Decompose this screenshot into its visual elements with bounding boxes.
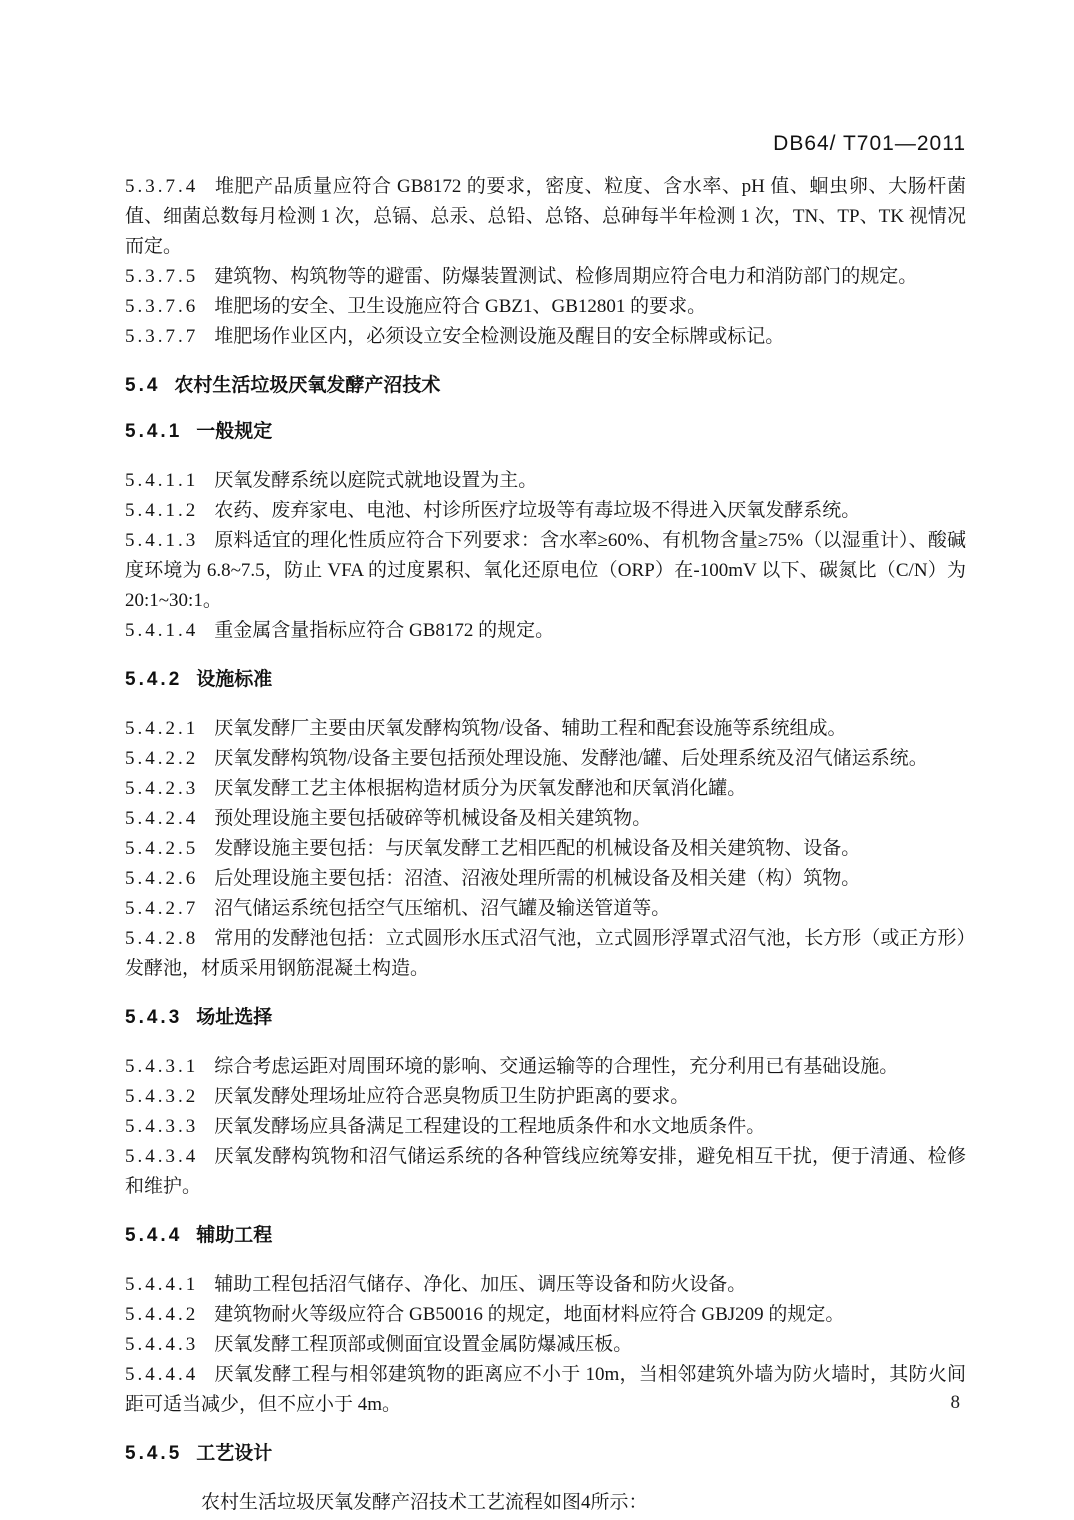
clause-number: 5.4.3.3 <box>125 1116 198 1137</box>
clause-number: 5.4.2.5 <box>125 838 198 859</box>
clause: 5.4.4.1辅助工程包括沼气储存、净化、加压、调压等设备和防火设备。 <box>125 1270 966 1300</box>
page-header: DB64/ T701—2011 <box>125 132 966 156</box>
clause-text: 一般规定 <box>196 421 272 442</box>
clause: 5.4.1.4重金属含量指标应符合 GB8172 的规定。 <box>125 616 966 646</box>
section-heading: 5.4.5工艺设计 <box>125 1442 966 1466</box>
clause: 5.4.2.4预处理设施主要包括破碎等机械设备及相关建筑物。 <box>125 804 966 834</box>
clause: 5.4.3.1综合考虑运距对周围环境的影响、交通运输等的合理性，充分利用已有基础… <box>125 1052 966 1082</box>
clause-text: 建筑物耐火等级应符合 GB50016 的规定，地面材料应符合 GBJ209 的规… <box>214 1304 844 1325</box>
clause: 5.4.2.1厌氧发酵厂主要由厌氧发酵构筑物/设备、辅助工程和配套设施等系统组成… <box>125 714 966 744</box>
clause-number: 5.4.2.2 <box>125 748 198 769</box>
clause-number: 5.4.4.2 <box>125 1304 198 1325</box>
clause-number: 5.4.3 <box>125 1007 182 1028</box>
clause: 5.4.1.3原料适宜的理化性质应符合下列要求：含水率≥60%、有机物含量≥75… <box>125 526 966 616</box>
clause-text: 堆肥产品质量应符合 GB8172 的要求，密度、粒度、含水率、pH 值、蛔虫卵、… <box>125 176 966 257</box>
clause: 5.4.3.3厌氧发酵场应具备满足工程建设的工程地质条件和水文地质条件。 <box>125 1112 966 1142</box>
page-number: 8 <box>951 1392 961 1413</box>
paragraph: 农村生活垃圾厌氧发酵产沼技术工艺流程如图4所示： <box>125 1488 966 1518</box>
clause: 5.3.7.5建筑物、构筑物等的避雷、防爆装置测试、检修周期应符合电力和消防部门… <box>125 262 966 292</box>
clause-text: 沼气储运系统包括空气压缩机、沼气罐及输送管道等。 <box>214 898 670 919</box>
clause-number: 5.4.2 <box>125 669 182 690</box>
clause: 5.4.2.6后处理设施主要包括：沼渣、沼液处理所需的机械设备及相关建（构）筑物… <box>125 864 966 894</box>
clause-text: 厌氧发酵构筑物和沼气储运系统的各种管线应统筹安排，避免相互干扰，便于清通、检修和… <box>125 1146 966 1197</box>
clause-text: 堆肥场作业区内，必须设立安全检测设施及醒目的安全标牌或标记。 <box>214 326 784 347</box>
clause-number: 5.4.3.1 <box>125 1056 198 1077</box>
document-code: DB64/ T701—2011 <box>773 132 966 155</box>
clause-text: 农村生活垃圾厌氧发酵产沼技术 <box>174 375 440 396</box>
page-footer: 8 <box>951 1392 961 1414</box>
clause-text: 综合考虑运距对周围环境的影响、交通运输等的合理性，充分利用已有基础设施。 <box>214 1056 898 1077</box>
document-content: 5.3.7.4堆肥产品质量应符合 GB8172 的要求，密度、粒度、含水率、pH… <box>125 172 966 1518</box>
clause-text: 厌氧发酵系统以庭院式就地设置为主。 <box>214 470 537 491</box>
clause-text: 厌氧发酵工程与相邻建筑物的距离应不小于 10m，当相邻建筑外墙为防火墙时，其防火… <box>125 1364 966 1415</box>
clause-number: 5.4.2.3 <box>125 778 198 799</box>
clause-number: 5.3.7.5 <box>125 266 198 287</box>
section-heading: 5.4.2设施标准 <box>125 668 966 692</box>
clause-text: 场址选择 <box>196 1007 272 1028</box>
clause-text: 厌氧发酵场应具备满足工程建设的工程地质条件和水文地质条件。 <box>214 1116 765 1137</box>
clause: 5.4.4.2建筑物耐火等级应符合 GB50016 的规定，地面材料应符合 GB… <box>125 1300 966 1330</box>
clause: 5.3.7.4堆肥产品质量应符合 GB8172 的要求，密度、粒度、含水率、pH… <box>125 172 966 262</box>
clause-text: 原料适宜的理化性质应符合下列要求：含水率≥60%、有机物含量≥75%（以湿重计）… <box>125 530 966 611</box>
clause-text: 堆肥场的安全、卫生设施应符合 GBZ1、GB12801 的要求。 <box>214 296 706 317</box>
clause-text: 设施标准 <box>196 669 272 690</box>
clause: 5.4.2.8常用的发酵池包括：立式圆形水压式沼气池，立式圆形浮罩式沼气池，长方… <box>125 924 966 984</box>
clause-number: 5.4.1.4 <box>125 620 198 641</box>
clause: 5.4.2.5发酵设施主要包括：与厌氧发酵工艺相匹配的机械设备及相关建筑物、设备… <box>125 834 966 864</box>
clause-text: 建筑物、构筑物等的避雷、防爆装置测试、检修周期应符合电力和消防部门的规定。 <box>214 266 917 287</box>
clause-number: 5.4.1 <box>125 421 182 442</box>
clause: 5.4.4.3厌氧发酵工程顶部或侧面宜设置金属防爆减压板。 <box>125 1330 966 1360</box>
clause-number: 5.4.4.1 <box>125 1274 198 1295</box>
clause: 5.4.3.2厌氧发酵处理场址应符合恶臭物质卫生防护距离的要求。 <box>125 1082 966 1112</box>
clause-text: 农村生活垃圾厌氧发酵产沼技术工艺流程如图4所示： <box>163 1488 648 1518</box>
clause-text: 工艺设计 <box>196 1443 272 1464</box>
section-heading: 5.4农村生活垃圾厌氧发酵产沼技术 <box>125 374 966 398</box>
clause-text: 厌氧发酵构筑物/设备主要包括预处理设施、发酵池/罐、后处理系统及沼气储运系统。 <box>214 748 928 769</box>
clause-number: 5.3.7.4 <box>125 176 198 197</box>
clause-number: 5.4.2.7 <box>125 898 198 919</box>
clause-number: 5.4 <box>125 375 160 396</box>
clause-text: 预处理设施主要包括破碎等机械设备及相关建筑物。 <box>214 808 651 829</box>
clause-number: 5.4.5 <box>125 1443 182 1464</box>
clause: 5.4.2.3厌氧发酵工艺主体根据构造材质分为厌氧发酵池和厌氧消化罐。 <box>125 774 966 804</box>
clause: 5.4.4.4厌氧发酵工程与相邻建筑物的距离应不小于 10m，当相邻建筑外墙为防… <box>125 1360 966 1420</box>
clause-number: 5.4.3.4 <box>125 1146 198 1167</box>
clause-text: 农药、废弃家电、电池、村诊所医疗垃圾等有毒垃圾不得进入厌氧发酵系统。 <box>214 500 860 521</box>
clause-text: 厌氧发酵厂主要由厌氧发酵构筑物/设备、辅助工程和配套设施等系统组成。 <box>214 718 846 739</box>
clause-number: 5.4.1.2 <box>125 500 198 521</box>
clause: 5.3.7.6堆肥场的安全、卫生设施应符合 GBZ1、GB12801 的要求。 <box>125 292 966 322</box>
clause-text: 辅助工程包括沼气储存、净化、加压、调压等设备和防火设备。 <box>214 1274 746 1295</box>
clause-text: 常用的发酵池包括：立式圆形水压式沼气池，立式圆形浮罩式沼气池，长方形（或正方形）… <box>125 928 966 979</box>
clause-number: 5.3.7.6 <box>125 296 198 317</box>
section-heading: 5.4.1一般规定 <box>125 420 966 444</box>
clause: 5.3.7.7堆肥场作业区内，必须设立安全检测设施及醒目的安全标牌或标记。 <box>125 322 966 352</box>
clause-number: 5.4.3.2 <box>125 1086 198 1107</box>
section-heading: 5.4.4辅助工程 <box>125 1224 966 1248</box>
clause-number: 5.3.7.7 <box>125 326 198 347</box>
clause-text: 发酵设施主要包括：与厌氧发酵工艺相匹配的机械设备及相关建筑物、设备。 <box>214 838 860 859</box>
clause-text: 重金属含量指标应符合 GB8172 的规定。 <box>214 620 554 641</box>
clause-number: 5.4.4 <box>125 1225 182 1246</box>
clause: 5.4.1.1厌氧发酵系统以庭院式就地设置为主。 <box>125 466 966 496</box>
clause-number: 5.4.4.4 <box>125 1364 198 1385</box>
clause-text: 后处理设施主要包括：沼渣、沼液处理所需的机械设备及相关建（构）筑物。 <box>214 868 860 889</box>
clause-text: 厌氧发酵工艺主体根据构造材质分为厌氧发酵池和厌氧消化罐。 <box>214 778 746 799</box>
section-heading: 5.4.3场址选择 <box>125 1006 966 1030</box>
clause: 5.4.3.4厌氧发酵构筑物和沼气储运系统的各种管线应统筹安排，避免相互干扰，便… <box>125 1142 966 1202</box>
clause-text: 厌氧发酵处理场址应符合恶臭物质卫生防护距离的要求。 <box>214 1086 689 1107</box>
clause-number: 5.4.2.4 <box>125 808 198 829</box>
clause-number: 5.4.2.1 <box>125 718 198 739</box>
clause-number: 5.4.4.3 <box>125 1334 198 1355</box>
clause-number: 5.4.2.8 <box>125 928 198 949</box>
clause: 5.4.2.7沼气储运系统包括空气压缩机、沼气罐及输送管道等。 <box>125 894 966 924</box>
document-page: DB64/ T701—2011 5.3.7.4堆肥产品质量应符合 GB8172 … <box>0 0 1074 1520</box>
clause-text: 厌氧发酵工程顶部或侧面宜设置金属防爆减压板。 <box>214 1334 632 1355</box>
clause: 5.4.2.2厌氧发酵构筑物/设备主要包括预处理设施、发酵池/罐、后处理系统及沼… <box>125 744 966 774</box>
clause: 5.4.1.2农药、废弃家电、电池、村诊所医疗垃圾等有毒垃圾不得进入厌氧发酵系统… <box>125 496 966 526</box>
clause-number: 5.4.1.1 <box>125 470 198 491</box>
clause-number: 5.4.2.6 <box>125 868 198 889</box>
clause-text: 辅助工程 <box>196 1225 272 1246</box>
clause-number: 5.4.1.3 <box>125 530 198 551</box>
